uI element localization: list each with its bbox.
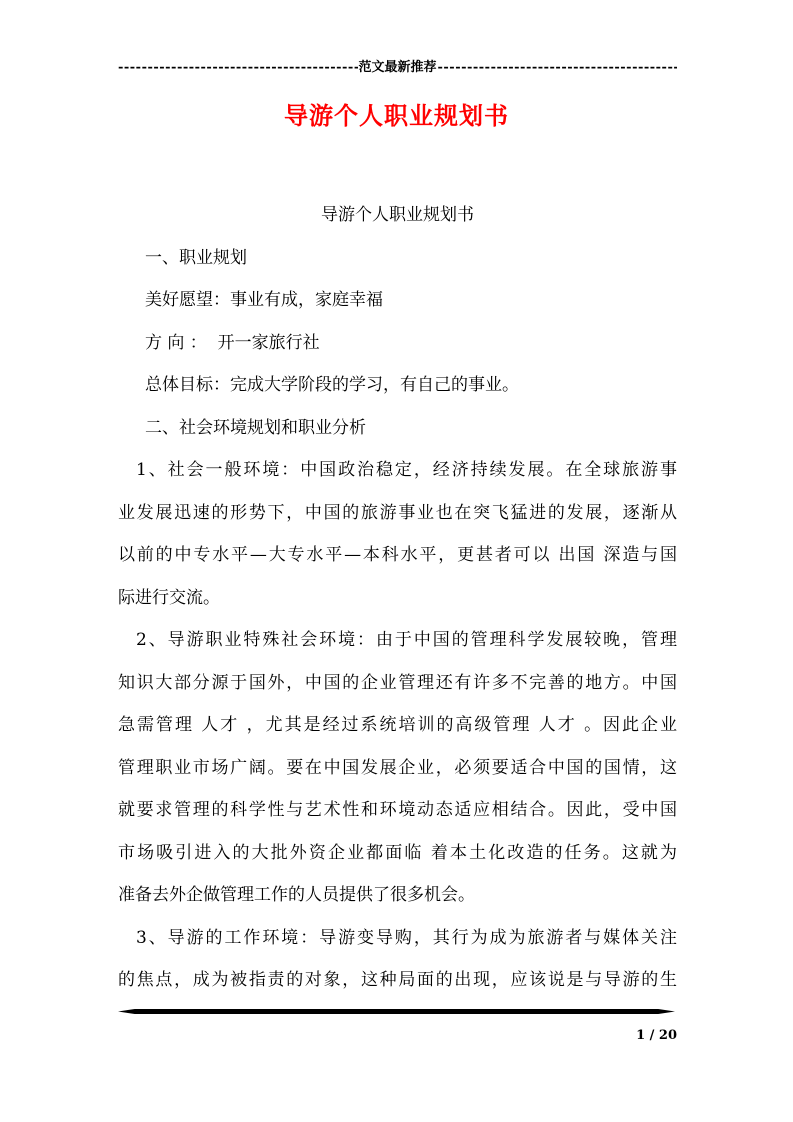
document-page: ----------------------------------------… <box>0 0 793 1122</box>
document-line: 二、社会环境规划和职业分析 <box>118 407 677 450</box>
document-line: 以前的中专水平—大专水平—本科水平，更甚者可以 出国 深造与国 <box>118 534 677 577</box>
document-line: 美好愿望：事业有成，家庭幸福 <box>118 279 677 322</box>
document-line: 准备去外企做管理工作的人员提供了很多机会。 <box>118 874 677 917</box>
document-line: 际进行交流。 <box>118 577 677 620</box>
header-dash-rule-left: ----------------------------------------… <box>118 55 358 81</box>
document-line: 1、社会一般环境：中国政治稳定，经济持续发展。在全球旅游事 <box>118 449 677 492</box>
page-number: 1 / 20 <box>636 1026 677 1046</box>
document-line: 就要求管理的科学性与艺术性和环境动态适应相结合。因此，受中国 <box>118 789 677 832</box>
page-header: ----------------------------------------… <box>118 55 677 81</box>
document-line: 市场吸引进入的大批外资企业都面临 着本土化改造的任务。这就为 <box>118 832 677 875</box>
document-line: 方 向 ： 开一家旅行社 <box>118 322 677 365</box>
document-line: 业发展迅速的形势下，中国的旅游事业也在突飞猛进的发展，逐渐从 <box>118 492 677 535</box>
document-title: 导游个人职业规划书 <box>0 99 793 132</box>
document-subtitle: 导游个人职业规划书 <box>118 194 677 237</box>
document-line: 一、职业规划 <box>118 237 677 280</box>
document-line: 知识大部分源于国外，中国的企业管理还有许多不完善的地方。中国 <box>118 662 677 705</box>
document-line: 的焦点，成为被指责的对象，这种局面的出现，应该说是与导游的生 <box>118 959 677 1002</box>
header-label: 范文最新推荐 <box>358 55 438 81</box>
document-line: 3、导游的工作环境：导游变导购，其行为成为旅游者与媒体关注 <box>118 917 677 960</box>
document-line: 2、导游职业特殊社会环境：由于中国的管理科学发展较晚，管理 <box>118 619 677 662</box>
document-body: 导游个人职业规划书 一、职业规划美好愿望：事业有成，家庭幸福方 向 ： 开一家旅… <box>118 194 677 1002</box>
document-line: 管理职业市场广阔。要在中国发展企业，必须要适合中国的国情，这 <box>118 747 677 790</box>
header-dash-rule-right: ----------------------------------------… <box>438 55 678 81</box>
footer-rule <box>118 1009 675 1014</box>
document-line: 急需管理 人才 ，尤其是经过系统培训的高级管理 人才 。因此企业 <box>118 704 677 747</box>
document-line: 总体目标：完成大学阶段的学习，有自己的事业。 <box>118 364 677 407</box>
